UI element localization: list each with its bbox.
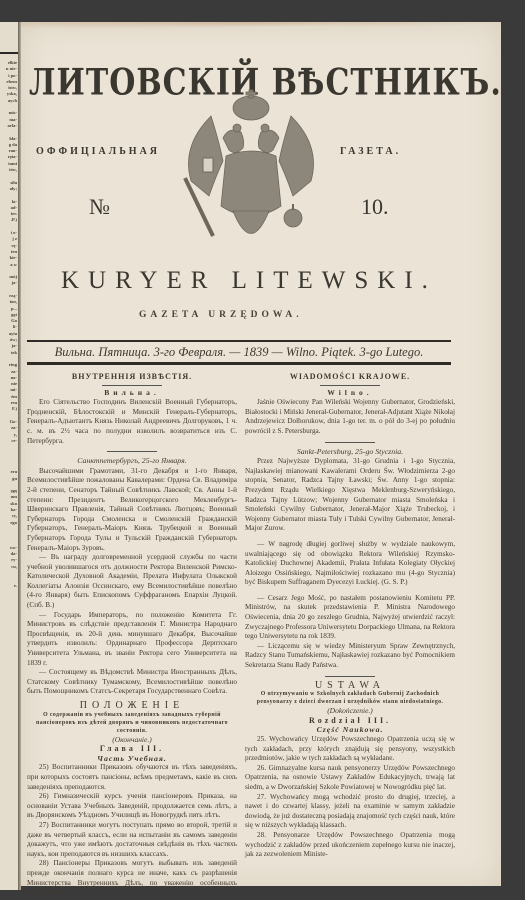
article-paragraph: — Cesarz Jego Mość, po nastałem postanow…: [245, 594, 455, 642]
regulation-item: 25) Воспитанники Приказовъ обучаются въ …: [27, 763, 237, 792]
double-headed-eagle-icon: [171, 86, 331, 262]
article-paragraph: Jaśnie Oświecony Pan Wileński Wojenny Gu…: [245, 398, 455, 436]
column-russian: ВНУТРЕННІЯ ИЗВѢСТІЯ. Вильна. Его Сіятель…: [27, 370, 237, 898]
regulation-item: 26. Gimnazyalne kursa nauk pensyonerzy U…: [245, 764, 455, 793]
article-paragraph: — Состоящему въ Вѣдомствѣ Министра Иност…: [27, 668, 237, 697]
issue-number: 10.: [361, 194, 389, 220]
masthead-subtitle-left: ОФФИЦІАЛЬНАЯ: [36, 146, 160, 157]
divider: [107, 451, 157, 452]
article-paragraph: Высочайшими Грамотами, 31-го Декабря и 1…: [27, 467, 237, 553]
newspaper-page: ЛИТОВСКІЙ ВѢСТНИКЪ. ОФФИЦІАЛЬНАЯ ГАЗЕТА.…: [21, 22, 501, 886]
regulation-title: ПОЛОЖЕНІЕ: [27, 701, 237, 711]
regulation-title: USTAWA: [245, 681, 455, 691]
article-paragraph: — Въ награду долговременной усердной слу…: [27, 553, 237, 611]
place-heading: Wilno.: [245, 388, 455, 398]
part-heading: Часть Учебная.: [27, 754, 237, 764]
regulation-item: 27) Воспитанники могутъ поступать прямо …: [27, 821, 237, 859]
place-heading: Вильна.: [27, 388, 237, 398]
chapter-heading: Rozdział III.: [245, 716, 455, 726]
previous-page-edge: elkie n nie- i po- ebem istw, yska, aych…: [0, 22, 19, 890]
issue-number-sign: №: [89, 194, 110, 220]
dateline-rule-bottom: [27, 362, 451, 365]
continuation-note: (Dokończenie.): [245, 706, 455, 716]
regulation-description: О содержаніи въ учебныхъ заведеніяхъ зап…: [27, 711, 237, 735]
section-header: ВНУТРЕННІЯ ИЗВѢСТІЯ.: [27, 372, 237, 382]
place-dateline: Sankt-Petersburg, 25-go Stycznia.: [245, 447, 455, 457]
dateline: Вильна. Пятница. 3-го Февраля. — 1839 — …: [27, 345, 451, 360]
chapter-heading: Глава III.: [27, 744, 237, 754]
regulation-item: 26) Гимназическій курсъ ученія пансіонер…: [27, 792, 237, 821]
regulation-item: 25. Wychowańcy Urzędów Powszechnego Opat…: [245, 735, 455, 764]
divider: [320, 385, 380, 386]
masthead-subtitle-polish: GAZETA URZĘDOWA.: [139, 310, 303, 320]
article-paragraph: — Государь Императоръ, по положенію Коми…: [27, 611, 237, 669]
article-paragraph: — Liczącemu się w wiedzy Ministeryum Spr…: [245, 642, 455, 671]
previous-page-rule: [0, 52, 18, 54]
dateline-rule-top: [27, 340, 451, 342]
previous-page-text-fragments: elkie n nie- i po- ebem istw, yska, aych…: [6, 60, 17, 589]
regulation-item: 27. Wychowańcy mogą wchodzić prosto do d…: [245, 793, 455, 831]
masthead-subtitle-right: ГАЗЕТА.: [340, 146, 401, 157]
column-polish: WIADOMOŚCI KRAJOWE. Wilno. Jaśnie Oświec…: [245, 370, 455, 860]
divider: [325, 676, 375, 677]
article-paragraph: Przez Najwyższe Dyplomata, 31-go Grudnia…: [245, 457, 455, 534]
article-paragraph: Его Сіятельство Господинъ Виленскій Воен…: [27, 398, 237, 446]
section-header: WIADOMOŚCI KRAJOWE.: [245, 372, 455, 382]
article-paragraph: — W nagrodę długiej gorliwej służby w wy…: [245, 540, 455, 588]
divider: [325, 442, 375, 443]
part-heading: Część Naukowa.: [245, 725, 455, 735]
regulation-item: 28) Пансіонеры Приказовъ могутъ выбывать…: [27, 859, 237, 897]
continuation-note: (Окончаніе.): [27, 735, 237, 745]
divider: [102, 385, 162, 386]
regulation-item: 28. Pensyonarze Urzędów Powszechnego Opa…: [245, 831, 455, 860]
place-dateline: Санктпетербургъ, 25-го Января.: [27, 456, 237, 466]
regulation-description: O utrzymywaniu w Szkolnych zakładach Gub…: [245, 690, 455, 706]
masthead-title-polish: KURYER LITEWSKI.: [61, 267, 437, 295]
paper-stain: [21, 22, 501, 34]
